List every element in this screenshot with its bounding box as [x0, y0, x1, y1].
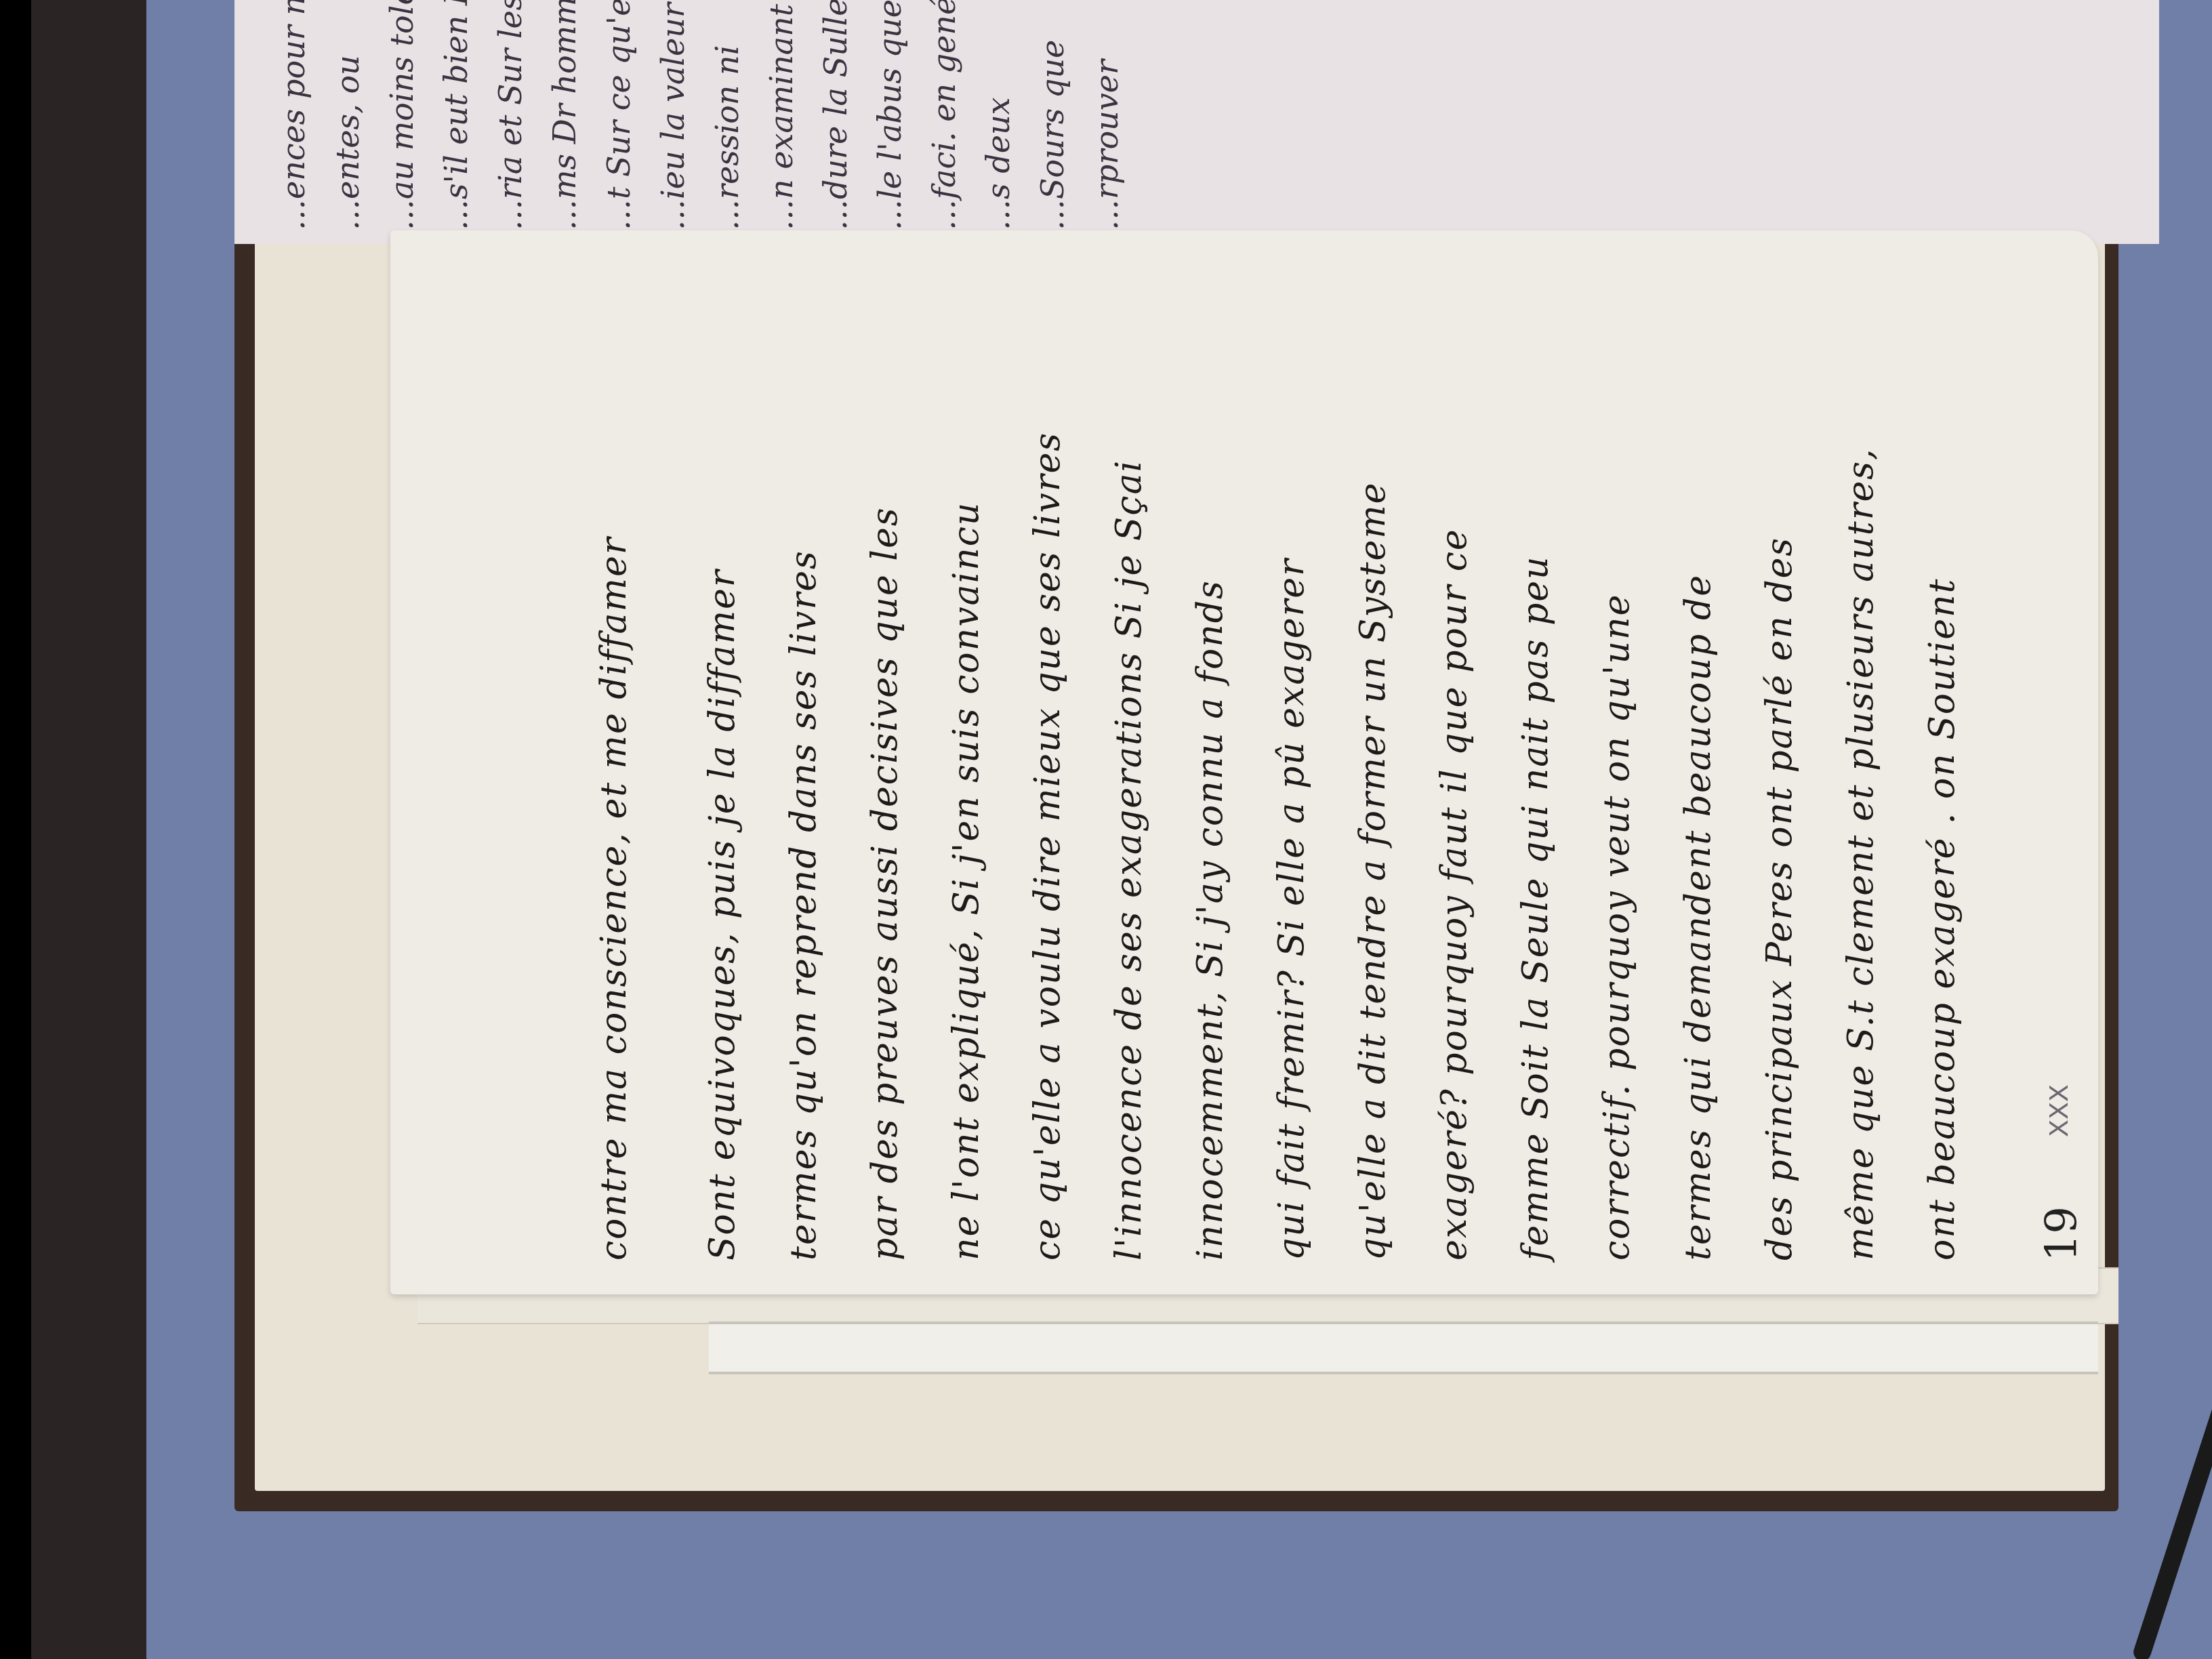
- facing-line: …le l'abus que: [872, 0, 919, 230]
- manuscript-line: termes qui demandent beaucoup de: [1678, 407, 1739, 1261]
- manuscript-line: ne l'ont expliqué, Si j'en suis convainc…: [946, 407, 1007, 1261]
- page-number: 19: [2037, 1206, 2087, 1261]
- manuscript-line: Sont equivoques, puis je la diffamer: [702, 407, 763, 1261]
- facing-line: …ieu la valeur: [655, 0, 702, 230]
- manuscript-text: ont beaucoup exageré . on Soutient même …: [567, 407, 1990, 1261]
- manuscript-line: femme Soit la Seule qui nait pas peu: [1515, 407, 1576, 1261]
- facing-line: …rprouver: [1088, 0, 1136, 230]
- manuscript-line: ce qu'elle a voulu dire mieux que ses li…: [1027, 407, 1088, 1261]
- photo-background: …ences pour nous …entes, ou …au moins to…: [31, 0, 2212, 1659]
- manuscript-line: des principaux Peres ont parlé en des: [1759, 407, 1820, 1261]
- facing-line: …Sours que: [1034, 0, 1082, 230]
- paper-slip: [709, 1322, 2098, 1374]
- manuscript-line: termes qu'on reprend dans ses livres: [783, 407, 844, 1261]
- manuscript-line: ont beaucoup exageré . on Soutient: [1922, 407, 1983, 1261]
- facing-line: …n examinant: [763, 0, 811, 230]
- manuscript-line: contre ma conscience, et me diffamer: [594, 407, 655, 1261]
- pencil-mark: XXX: [2044, 1084, 2074, 1137]
- facing-line: …s'il eut bien Dr…: [438, 0, 485, 230]
- facing-line: …t Sur ce qu'elle: [600, 0, 648, 230]
- facing-line: …ences pour nous: [275, 0, 323, 230]
- facing-line: …dure la Sulle: [817, 0, 865, 230]
- manuscript-line: qu'elle a dit tendre a former un Systeme: [1353, 407, 1414, 1261]
- facing-line: …ria et Sur les…: [492, 0, 539, 230]
- facing-line: …s deux: [980, 0, 1027, 230]
- manuscript-line: correctif. pourquoy veut on qu'une: [1597, 407, 1658, 1261]
- facing-line: …au moins tolér…: [384, 0, 431, 230]
- cable: [2131, 1400, 2212, 1659]
- manuscript-line: l'innocence de ses exagerations Si je Sç…: [1109, 407, 1170, 1261]
- manuscript-line: innocemment, Si j'ay connu a fonds: [1190, 407, 1251, 1261]
- manuscript-line: même que S.t clement et plusieurs autres…: [1841, 407, 1902, 1261]
- facing-line: …ression ni: [709, 0, 756, 230]
- book-cover-edge: [31, 0, 146, 1659]
- facing-page-text: …ences pour nous …entes, ou …au moins to…: [234, 0, 2159, 244]
- facing-line: …faci. en genér…: [926, 0, 973, 230]
- facing-line: …entes, ou: [329, 0, 377, 230]
- facing-line: …ms Dr homme…: [546, 0, 594, 230]
- manuscript-line: qui fait fremir? Si elle a pû exagerer: [1271, 407, 1332, 1261]
- manuscript-line: exageré? pourquoy faut il que pour ce: [1434, 407, 1495, 1261]
- facing-page: …ences pour nous …entes, ou …au moins to…: [234, 0, 2159, 244]
- manuscript-line: par des preuves aussi decisives que les: [865, 407, 926, 1261]
